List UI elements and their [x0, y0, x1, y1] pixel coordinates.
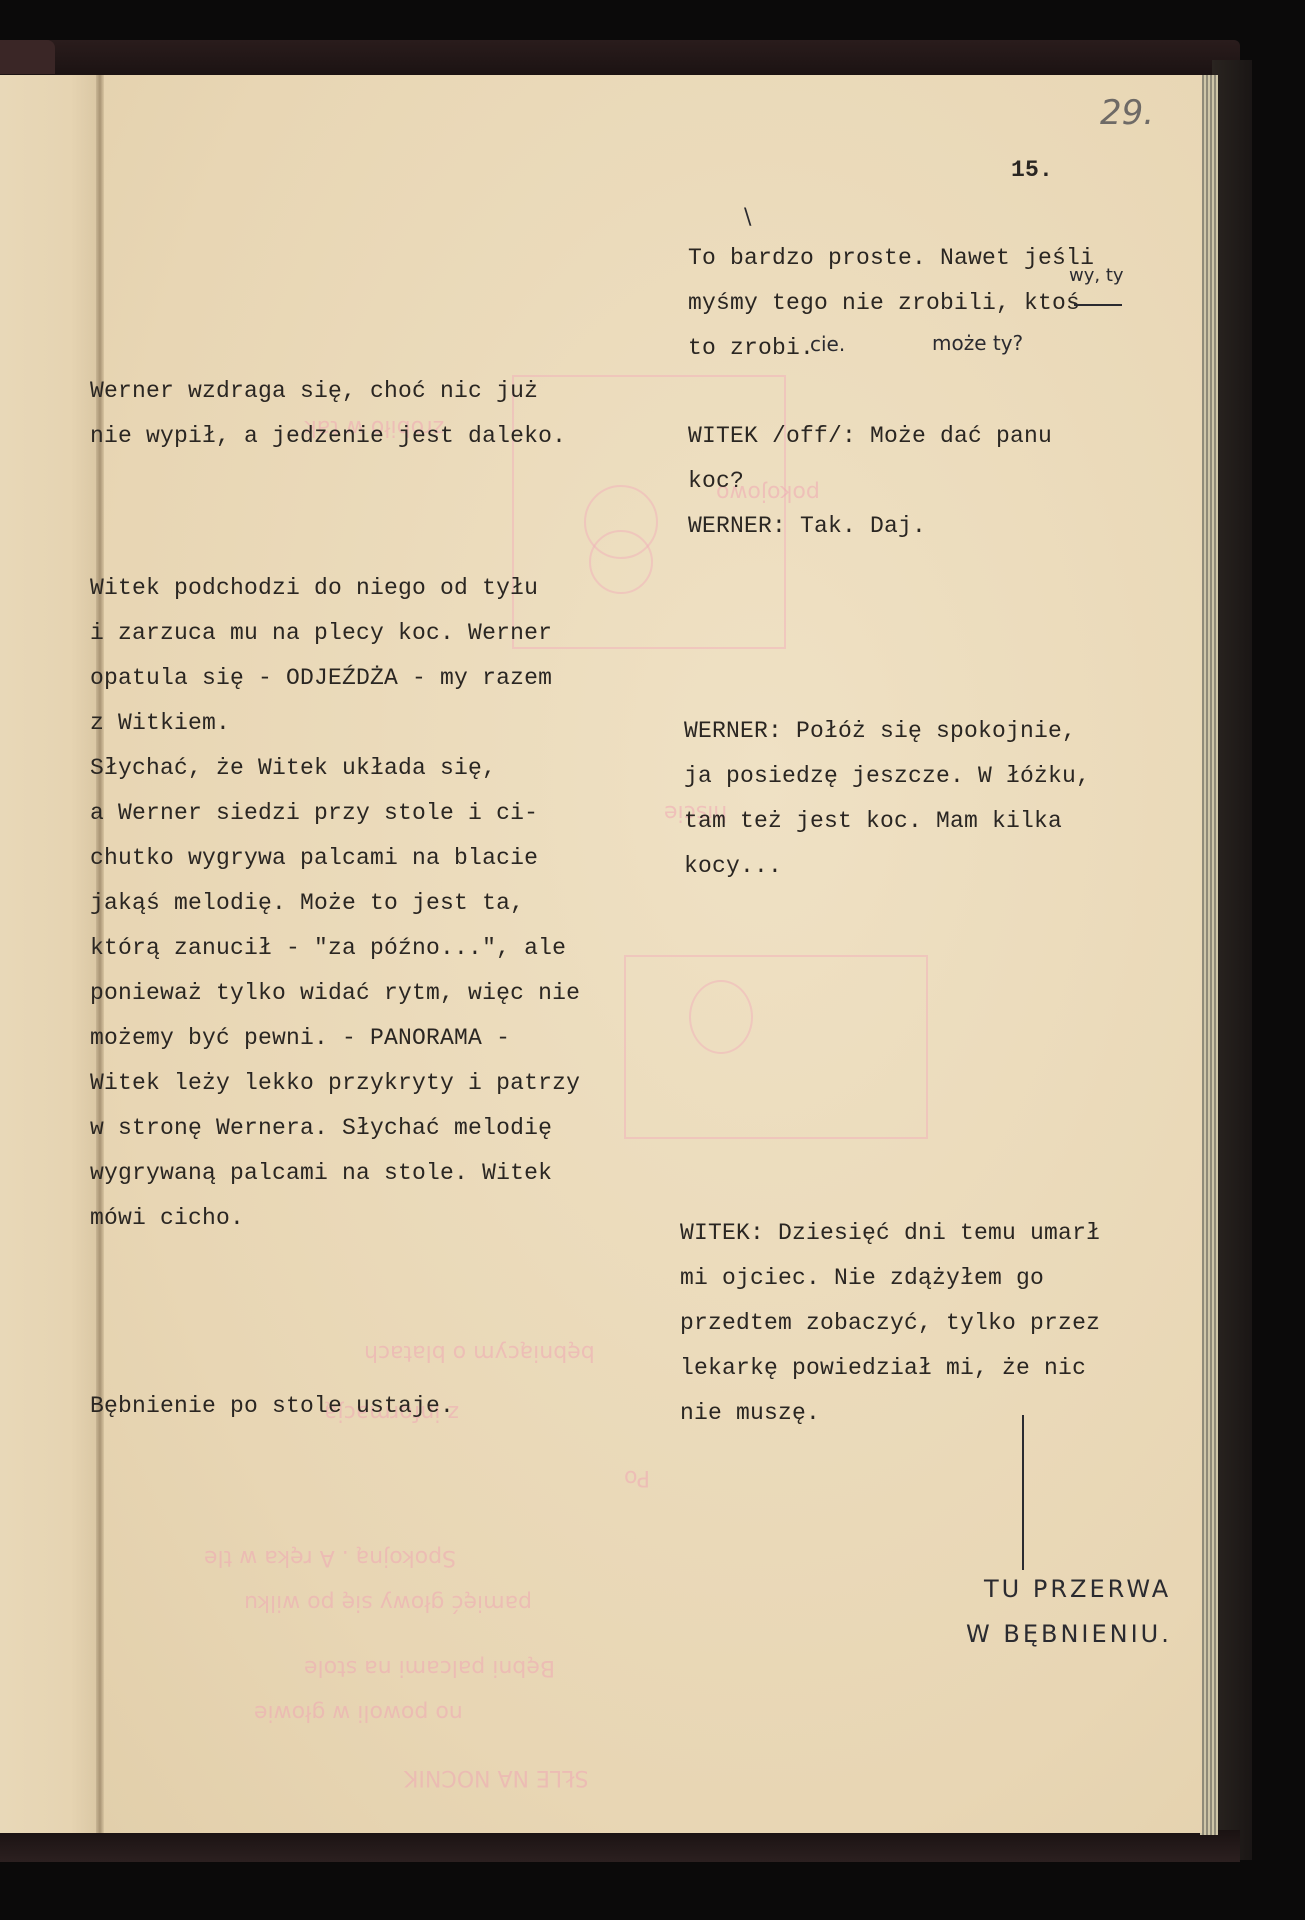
- archive-page-number: 29.: [1100, 93, 1154, 133]
- dialogue-line: ja posiedzę jeszcze. W łóżku,: [684, 763, 1090, 789]
- dialogue-line: nie muszę.: [680, 1400, 820, 1426]
- dialogue-line: lekarkę powiedział mi, że nic: [680, 1355, 1086, 1381]
- bleed-text: Po: [624, 1465, 650, 1490]
- bleed-text: no powoli w głowie: [254, 1700, 463, 1725]
- handwritten-margin-note: W BĘBNIENIU.: [966, 1620, 1172, 1648]
- bleed-text: SŁLE NA NOCNIK: [404, 1765, 589, 1790]
- stage-direction-line: Witek podchodzi do niego od tyłu: [90, 575, 538, 601]
- book-cover-bottom: [0, 1830, 1240, 1862]
- stage-direction-line: Werner wzdraga się, choć nic już: [90, 378, 538, 404]
- stage-direction-line: mówi cicho.: [90, 1205, 244, 1231]
- book-cover-top-left: [0, 40, 55, 74]
- handwritten-insertion: wy, ty: [1069, 265, 1124, 286]
- dialogue-line: WITEK: Dziesięć dni temu umarł: [680, 1220, 1100, 1246]
- dialogue-line: kocy...: [684, 853, 782, 879]
- stage-direction-line: Słychać, że Witek układa się,: [90, 755, 496, 781]
- manuscript-page: zrobiło w tak pokojowo hiście bębniącym …: [104, 75, 1202, 1833]
- page-edges: [1200, 75, 1218, 1835]
- dialogue-line: myśmy tego nie zrobili, ktoś: [688, 290, 1080, 316]
- stage-direction-line: jakąś melodię. Może to jest ta,: [90, 890, 524, 916]
- stage-direction-line: a Werner siedzi przy stole i ci-: [90, 800, 538, 826]
- bleed-through-circle-3: [589, 530, 653, 594]
- bleed-text: bębniącym o blatach: [364, 1340, 595, 1365]
- dialogue-line: koc?: [688, 468, 744, 494]
- bleed-text: pamięć głowy się po wilku: [244, 1590, 532, 1615]
- dialogue-line: WERNER: Połóż się spokojnie,: [684, 718, 1076, 744]
- handwritten-margin-note: TU PRZERWA: [984, 1575, 1171, 1603]
- stage-direction-line: którą zanucił - "za późno...", ale: [90, 935, 566, 961]
- strikethrough-ktos: [1074, 304, 1122, 306]
- bleed-through-box-2: [624, 955, 928, 1139]
- dialogue-line: tam też jest koc. Mam kilka: [684, 808, 1062, 834]
- handwritten-question: może ty?: [932, 331, 1023, 355]
- pen-tick-mark: \: [744, 205, 751, 230]
- book-cover-top: [0, 40, 1240, 78]
- handwritten-correction: cie.: [810, 332, 845, 356]
- bleed-text: Bębni palcami na stole: [304, 1655, 555, 1680]
- dialogue-line: WERNER: Tak. Daj.: [688, 513, 926, 539]
- bleed-through-circle-2: [689, 980, 753, 1054]
- dialogue-line: WITEK /off/: Może dać panu: [688, 423, 1052, 449]
- stage-direction-line: nie wypił, a jedzenie jest daleko.: [90, 423, 566, 449]
- stage-direction-line: z Witkiem.: [90, 710, 230, 736]
- handwritten-break-marker: [1022, 1415, 1024, 1570]
- stage-direction-line: opatula się - ODJEŹDŻA - my razem: [90, 665, 552, 691]
- stage-direction-line: i zarzuca mu na plecy koc. Werner: [90, 620, 552, 646]
- book-cover-right: [1212, 60, 1252, 1860]
- stage-direction-line: możemy być pewni. - PANORAMA -: [90, 1025, 510, 1051]
- stage-direction-line: wygrywaną palcami na stole. Witek: [90, 1160, 552, 1186]
- left-page: [0, 75, 100, 1833]
- stage-direction-line: Witek leży lekko przykryty i patrzy: [90, 1070, 580, 1096]
- stage-direction-line: Bębnienie po stole ustaje.: [90, 1393, 454, 1419]
- stage-direction-line: chutko wygrywa palcami na blacie: [90, 845, 538, 871]
- typed-page-number: 15.: [1011, 157, 1053, 183]
- dialogue-line: przedtem zobaczyć, tylko przez: [680, 1310, 1100, 1336]
- dialogue-line: To bardzo proste. Nawet jeśli: [688, 245, 1094, 271]
- stage-direction-line: w stronę Wernera. Słychać melodię: [90, 1115, 552, 1141]
- stage-direction-line: ponieważ tylko widać rytm, więc nie: [90, 980, 580, 1006]
- dialogue-line: mi ojciec. Nie zdążyłem go: [680, 1265, 1044, 1291]
- dialogue-line: to zrobi.: [688, 335, 814, 361]
- bleed-text: Spokojną . A ręka w tle: [204, 1545, 456, 1570]
